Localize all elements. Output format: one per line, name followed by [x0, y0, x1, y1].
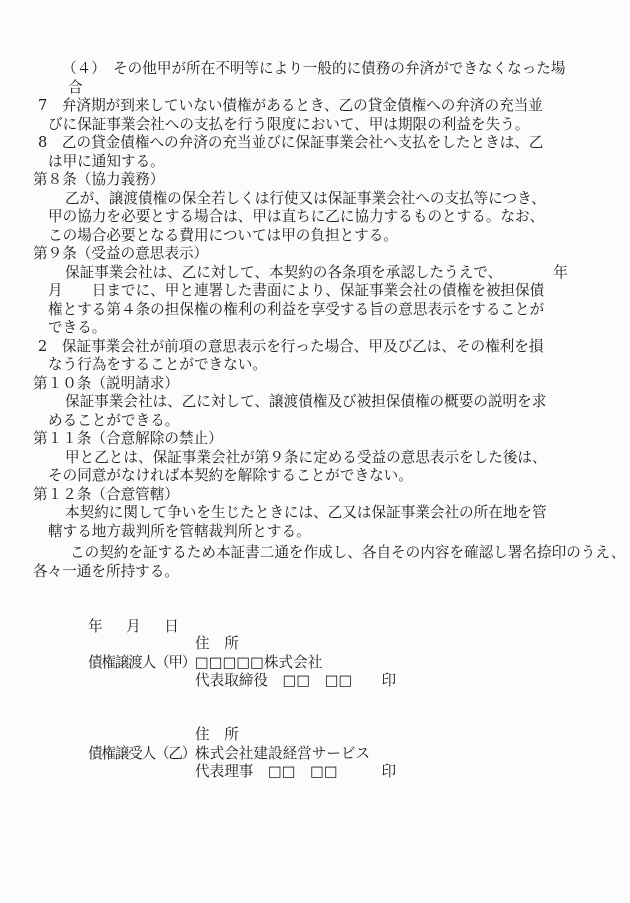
- document-line: 保証事業会社は、乙に対して、譲渡債権及び被担保債権の概要の説明を求: [33, 393, 630, 412]
- signature-row: 代表取締役 □□ □□ 印: [88, 672, 588, 691]
- signature-row: 住 所: [88, 726, 588, 745]
- date-line: 年月日: [88, 618, 179, 637]
- document-line: 乙が、譲渡債権の保全若しくは行使又は保証事業会社への支払等につき、: [33, 190, 630, 209]
- signature-label-spacer: [88, 635, 195, 654]
- document-line: 第９条（受益の意思表示）: [33, 245, 630, 264]
- document-line: （４） その他甲が所在不明等により一般的に債務の弁済ができなくなった場: [33, 60, 630, 79]
- document-line: は甲に通知する。: [33, 153, 630, 172]
- document-line: 月 日までに、甲と連署した書面により、保証事業会社の債権を被担保債: [33, 282, 630, 301]
- contract-body: （４） その他甲が所在不明等により一般的に債務の弁済ができなくなった場合7 弁済…: [33, 60, 630, 541]
- document-line: 保証事業会社は、乙に対して、本契約の各条項を承認したうえで、 年: [33, 264, 630, 283]
- date-day-label: 日: [164, 618, 179, 635]
- document-line: 第１１条（合意解除の禁止）: [33, 430, 630, 449]
- document-line: 7 弁済期が到来していない債権があるとき、乙の貸金債権への弁済の充当並: [33, 97, 630, 116]
- document-line: 甲と乙とは、保証事業会社が第９条に定める受益の意思表示をした後は、: [33, 449, 630, 468]
- closing-paragraph: この契約を証するため本証書二通を作成し、各自その内容を確認し署名捺印のうえ、各々…: [33, 544, 630, 581]
- signature-label-spacer: [88, 763, 195, 782]
- company-name-assignee: 株式会社建設経営サービス: [195, 745, 370, 764]
- document-line: 第８条（協力義務）: [33, 171, 630, 190]
- document-line: 2 保証事業会社が前項の意思表示を行った場合、甲及び乙は、その権利を損: [33, 338, 630, 357]
- signature-block-assignee: 住 所 債権譲受人（乙） 株式会社建設経営サービス 代表理事 □□ □□ 印: [88, 726, 588, 782]
- document-line: 本契約に関して争いを生じたときには、乙又は保証事業会社の所在地を管: [33, 504, 630, 523]
- document-line: 第１０条（説明請求）: [33, 375, 630, 394]
- document-line: 第１２条（合意管轄）: [33, 486, 630, 505]
- representative-seal-assignee: 代表理事 □□ □□ 印: [195, 763, 396, 782]
- document-line: なう行為をすることができない。: [33, 356, 630, 375]
- document-line: びに保証事業会社への支払を行う限度において、甲は期限の利益を失う。: [33, 116, 630, 135]
- date-month-label: 月: [126, 618, 141, 635]
- signature-row: 代表理事 □□ □□ 印: [88, 763, 588, 782]
- document-line: 8 乙の貸金債権への弁済の充当並びに保証事業会社へ支払をしたときは、乙: [33, 134, 630, 153]
- document-line: この場合必要となる費用については甲の負担とする。: [33, 227, 630, 246]
- date-year-label: 年: [88, 618, 103, 635]
- signature-row: 債権譲受人（乙） 株式会社建設経営サービス: [88, 745, 588, 764]
- party-label-assignor: 債権譲渡人（甲）: [88, 654, 195, 673]
- document-line: めることができる。: [33, 412, 630, 431]
- contract-page: （４） その他甲が所在不明等により一般的に債務の弁済ができなくなった場合7 弁済…: [0, 0, 630, 903]
- party-label-assignee: 債権譲受人（乙）: [88, 745, 195, 764]
- address-label: 住 所: [195, 726, 239, 745]
- company-name-assignor: □□□□□株式会社: [195, 654, 322, 673]
- document-line: 各々一通を所持する。: [33, 563, 630, 582]
- document-line: 甲の協力を必要とする場合は、甲は直ちに乙に協力するものとする。なお、: [33, 208, 630, 227]
- document-line: この契約を証するため本証書二通を作成し、各自その内容を確認し署名捺印のうえ、: [33, 544, 630, 563]
- signature-label-spacer: [88, 726, 195, 745]
- signature-row: 債権譲渡人（甲） □□□□□株式会社: [88, 654, 588, 673]
- signature-row: 住 所: [88, 635, 588, 654]
- document-line: その同意がなければ本契約を解除することができない。: [33, 467, 630, 486]
- document-line: 権とする第４条の担保権の権利の利益を享受する旨の意思表示をすることが: [33, 301, 630, 320]
- signature-block-assignor: 住 所 債権譲渡人（甲） □□□□□株式会社 代表取締役 □□ □□ 印: [88, 635, 588, 691]
- signature-label-spacer: [88, 672, 195, 691]
- document-line: 合: [33, 79, 630, 98]
- document-line: できる。: [33, 319, 630, 338]
- address-label: 住 所: [195, 635, 239, 654]
- representative-seal-assignor: 代表取締役 □□ □□ 印: [195, 672, 396, 691]
- document-line: 轄する地方裁判所を管轄裁判所とする。: [33, 523, 630, 542]
